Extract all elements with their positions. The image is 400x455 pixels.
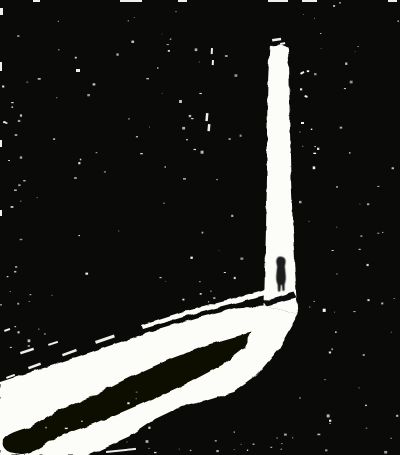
speckle-dot (186, 139, 188, 140)
speckle-dot (344, 88, 346, 89)
illustration-canvas (0, 0, 400, 455)
speckle-dot (394, 298, 395, 299)
speckle-dot (365, 405, 367, 406)
speckle-dot (81, 421, 82, 422)
speckle-dot (29, 301, 31, 302)
speckle-dot (165, 166, 166, 167)
speckle-dot (108, 423, 111, 425)
speckle-dot (396, 415, 398, 417)
speckle-dot (20, 114, 22, 116)
speckle-dot (136, 392, 138, 393)
speckle-dot (146, 78, 149, 79)
speckle-dot (363, 354, 365, 355)
speckle-dot (303, 14, 304, 15)
speckle-dot (229, 138, 231, 139)
speckle-dot (116, 53, 118, 55)
speckle-dot (183, 178, 186, 180)
speckle-dot (128, 20, 129, 21)
speckle-dot (240, 135, 242, 137)
speckle-dot (167, 44, 169, 45)
speckle-dot (15, 266, 17, 268)
speckle-dot (191, 118, 193, 119)
speckle-dot (329, 423, 331, 424)
speckle-dot (321, 49, 322, 50)
speckle-dot (366, 428, 368, 429)
speckle-dot (216, 179, 218, 180)
speckle-dot (75, 57, 77, 59)
speckle-dot (23, 180, 25, 181)
speckle-dot (349, 152, 350, 153)
speckle-dot (128, 118, 129, 119)
speckle-dot (314, 146, 315, 147)
speckle-dot (85, 273, 88, 275)
speckle-dot (210, 291, 211, 292)
speckle-dot (199, 62, 200, 63)
speckle-dot (334, 312, 335, 313)
speckle-dot (78, 235, 80, 236)
speckle-dot (202, 232, 204, 234)
speckle-dot (87, 94, 90, 96)
speckle-dot (58, 49, 59, 50)
speckle-dot (336, 186, 338, 188)
speckle-dot (292, 437, 293, 438)
scratch-mark (268, 0, 288, 2)
speckle-dot (136, 399, 137, 400)
speckle-dot (213, 297, 215, 299)
speckle-dot (20, 156, 22, 158)
speckle-dot (20, 201, 21, 202)
speckle-dot (332, 250, 334, 251)
speckle-dot (11, 107, 13, 108)
speckle-dot (277, 437, 278, 438)
speckle-dot (391, 332, 392, 333)
speckle-dot (307, 70, 309, 72)
speckle-dot (284, 434, 287, 436)
speckle-dot (377, 233, 379, 234)
speckle-dot (53, 138, 55, 140)
scratch-mark (0, 8, 3, 15)
speckle-dot (3, 121, 5, 123)
speckle-dot (201, 151, 204, 154)
speckle-dot (170, 38, 172, 40)
speckle-dot (168, 50, 170, 52)
speckle-dot (314, 18, 315, 19)
speckle-dot (44, 333, 46, 334)
speckle-dot (189, 115, 192, 117)
speckle-dot (335, 331, 337, 333)
speckle-dot (353, 311, 356, 312)
speckle-dot (15, 134, 18, 136)
speckle-dot (391, 438, 392, 439)
speckle-dot (18, 331, 20, 333)
speckle-dot (345, 63, 347, 65)
speckle-dot (18, 120, 21, 122)
speckle-dot (359, 388, 360, 389)
speckle-dot (350, 81, 353, 84)
speckle-dot (78, 162, 80, 164)
speckle-dot (28, 339, 31, 342)
speckle-dot (52, 400, 54, 401)
scratch-mark (0, 140, 2, 147)
speckle-dot (313, 301, 315, 302)
scratch-mark (302, 0, 317, 2)
speckle-dot (367, 299, 369, 301)
speckle-dot (182, 127, 185, 130)
speckle-dot (154, 452, 157, 453)
speckle-dot (118, 231, 119, 232)
speckle-dot (225, 55, 228, 57)
speckle-dot (235, 74, 238, 77)
speckle-dot (300, 88, 302, 90)
speckle-dot (397, 21, 399, 22)
speckle-dot (215, 440, 217, 441)
speckle-dot (360, 235, 362, 236)
speckle-dot (14, 271, 16, 273)
speckle-dot (162, 93, 163, 94)
speckle-dot (359, 249, 361, 250)
speckle-dot (309, 307, 310, 308)
speckle-dot (51, 295, 52, 296)
speckle-dot (199, 281, 201, 282)
speckle-dot (80, 159, 82, 161)
speckle-dot (11, 102, 13, 103)
speckle-dot (314, 73, 316, 75)
speckle-dot (392, 167, 394, 169)
speckle-dot (234, 432, 235, 433)
speckle-dot (231, 215, 233, 217)
speckle-dot (311, 129, 313, 130)
speckle-dot (57, 393, 59, 395)
scratch-mark (76, 69, 80, 72)
speckle-dot (5, 122, 7, 124)
speckle-dot (17, 303, 19, 305)
speckle-dot (7, 276, 9, 277)
speckle-dot (56, 97, 57, 98)
speckle-dot (340, 127, 343, 129)
speckle-dot (309, 221, 310, 222)
speckle-dot (317, 434, 320, 436)
speckle-dot (339, 2, 341, 3)
speckle-dot (234, 277, 236, 279)
speckle-dot (327, 414, 330, 417)
speckle-dot (136, 136, 138, 137)
speckle-dot (74, 177, 77, 178)
speckle-dot (17, 35, 19, 37)
speckle-dot (281, 449, 283, 450)
speckle-dot (65, 428, 68, 429)
speckle-dot (329, 352, 331, 354)
speckle-dot (194, 149, 197, 150)
speckle-dot (299, 397, 300, 399)
speckle-dot (96, 152, 98, 153)
speckle-dot (317, 148, 319, 150)
speckle-dot (190, 257, 192, 259)
scratch-mark (33, 0, 40, 2)
speckle-dot (38, 329, 39, 330)
speckle-dot (367, 264, 369, 266)
speckle-dot (234, 449, 235, 450)
speckle-dot (299, 132, 301, 133)
speckle-dot (200, 293, 202, 295)
speckle-dot (149, 448, 150, 449)
speckle-dot (58, 21, 59, 22)
speckle-dot (377, 186, 379, 187)
speckle-dot (208, 301, 209, 302)
speckle-dot (195, 48, 198, 51)
speckle-dot (323, 309, 326, 312)
speckle-dot (127, 402, 129, 404)
speckle-dot (313, 153, 316, 154)
speckle-dot (182, 299, 184, 301)
speckle-dot (38, 78, 41, 79)
speckle-dot (359, 204, 360, 205)
scratch-mark (211, 48, 213, 54)
speckle-dot (157, 67, 158, 68)
speckle-dot (2, 86, 4, 88)
speckle-dot (175, 11, 177, 12)
speckle-dot (336, 273, 337, 274)
speckle-dot (28, 345, 30, 347)
speckle-dot (216, 450, 219, 452)
speckle-dot (140, 153, 143, 154)
speckle-dot (179, 100, 182, 103)
speckle-dot (240, 258, 243, 260)
speckle-dot (179, 449, 180, 450)
speckle-dot (10, 291, 11, 292)
speckle-dot (382, 232, 383, 233)
speckle-dot (14, 190, 17, 191)
speckle-dot (190, 450, 192, 451)
scratch-mark (120, 0, 142, 2)
speckle-dot (357, 46, 359, 47)
speckle-dot (146, 440, 149, 443)
speckle-dot (18, 184, 20, 186)
speckle-dot (381, 303, 383, 305)
woodcut-illustration (0, 0, 400, 455)
speckle-dot (299, 201, 302, 203)
speckle-dot (224, 272, 226, 273)
speckle-dot (160, 277, 162, 278)
scratch-mark (0, 62, 2, 71)
speckle-dot (241, 444, 242, 445)
speckle-dot (333, 5, 335, 7)
speckle-dot (281, 443, 282, 444)
scratch-mark (178, 0, 187, 2)
speckle-dot (199, 93, 201, 94)
scratch-mark (388, 0, 397, 2)
speckle-dot (139, 414, 141, 415)
scratch-mark (301, 122, 304, 124)
speckle-dot (134, 17, 135, 18)
speckle-dot (131, 41, 134, 43)
speckle-dot (270, 447, 272, 448)
speckle-dot (26, 82, 28, 83)
speckle-dot (30, 294, 32, 295)
speckle-dot (367, 203, 369, 205)
speckle-dot (15, 326, 17, 327)
speckle-dot (148, 427, 150, 429)
speckle-dot (320, 33, 321, 34)
speckle-dot (126, 442, 128, 443)
speckle-dot (10, 347, 12, 348)
speckle-dot (163, 203, 165, 204)
speckle-dot (8, 160, 10, 161)
speckle-dot (355, 52, 356, 53)
speckle-dot (324, 379, 325, 380)
speckle-dot (331, 348, 333, 350)
scratch-mark (212, 60, 214, 65)
speckle-dot (313, 166, 316, 169)
speckle-dot (325, 449, 327, 451)
speckle-dot (125, 449, 126, 450)
speckle-dot (0, 304, 2, 305)
speckle-dot (37, 197, 38, 198)
speckle-dot (329, 420, 331, 422)
speckle-dot (20, 239, 23, 240)
speckle-dot (93, 83, 96, 85)
scratch-mark (0, 210, 2, 216)
speckle-dot (247, 450, 248, 451)
speckle-dot (104, 171, 106, 172)
speckle-dot (77, 389, 78, 390)
speckle-dot (45, 427, 47, 429)
speckle-dot (302, 146, 303, 147)
speckle-dot (253, 444, 255, 446)
speckle-dot (336, 227, 337, 228)
speckle-dot (384, 451, 387, 454)
speckle-dot (11, 206, 14, 208)
speckle-dot (149, 127, 150, 128)
